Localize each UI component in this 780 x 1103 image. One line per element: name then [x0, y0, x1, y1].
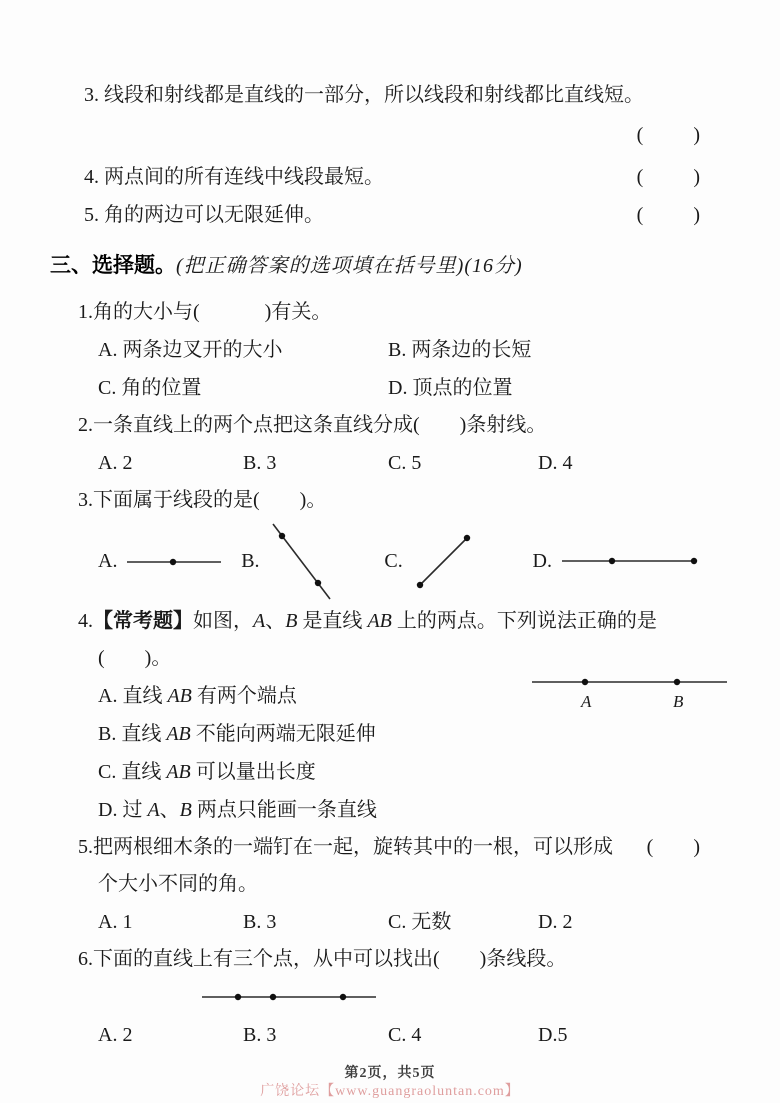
option-b: B. 两条边的长短	[388, 331, 531, 369]
point-a-label: A	[580, 692, 592, 711]
segment-figure	[411, 529, 475, 593]
exam-page: 3. 线段和射线都是直线的一部分，所以线段和射线都比直线短。 ( ) 4. 两点…	[0, 0, 780, 1103]
question-5-options: A. 1 B. 3 C. 无数 D. 2	[98, 903, 700, 941]
option-c: C. 5	[388, 444, 538, 482]
question-1-options-row-2: C. 角的位置 D. 顶点的位置	[98, 369, 700, 407]
option-b: B. 3	[243, 903, 388, 941]
option-c-label: C.	[384, 550, 402, 573]
option-b-label: B.	[241, 550, 259, 573]
option-b: B. 3	[243, 1016, 388, 1054]
question-6-options: A. 2 B. 3 C. 4 D.5	[98, 1016, 700, 1054]
judge-item-3: 3. 线段和射线都是直线的一部分，所以线段和射线都比直线短。	[84, 76, 700, 114]
question-5-text: 5.把两根细木条的一端钉在一起，旋转其中的一根，可以形成	[78, 829, 613, 866]
section-3-header: 三、选择题。(把正确答案的选项填在括号里)(16分)	[50, 246, 700, 286]
judge-item-5: 5. 角的两边可以无限延伸。 ( )	[84, 196, 700, 234]
point-b-label: B	[673, 692, 684, 711]
option-c: C. 角的位置	[98, 369, 388, 407]
question-5-stem-line-1: 5.把两根细木条的一端钉在一起，旋转其中的一根，可以形成 ( )	[78, 829, 700, 866]
figure-option-b: B.	[241, 520, 384, 602]
answer-bracket: ( )	[647, 829, 700, 866]
option-a: A. 2	[98, 1016, 243, 1054]
option-a: A. 1	[98, 903, 243, 941]
section-3-title: 三、选择题。	[50, 254, 176, 277]
judge-item-3-text: 3. 线段和射线都是直线的一部分，所以线段和射线都比直线短。	[84, 76, 644, 114]
answer-bracket: ( )	[637, 124, 700, 146]
judge-item-4: 4. 两点间的所有连线中线段最短。 ( )	[84, 158, 700, 196]
option-c: C. 直线 AB 可以量出长度	[98, 753, 700, 791]
question-3-figures: A. B. C.	[98, 519, 700, 603]
ray-figure	[560, 551, 700, 571]
question-5-stem-line-2: 个大小不同的角。	[98, 866, 700, 903]
answer-bracket: ( )	[637, 196, 700, 234]
judge-item-3-bracket-row: ( )	[50, 114, 700, 156]
figure-option-c: C.	[384, 529, 532, 593]
judge-item-4-text: 4. 两点间的所有连线中线段最短。	[84, 158, 384, 196]
figure-option-d: D.	[533, 550, 700, 573]
option-b: B. 3	[243, 444, 388, 482]
line-through-point-figure	[125, 551, 225, 571]
page-content: 3. 线段和射线都是直线的一部分，所以线段和射线都比直线短。 ( ) 4. 两点…	[0, 0, 780, 1054]
question-4-options: A. 直线 AB 有两个端点 B. 直线 AB 不能向两端无限延伸 C. 直线 …	[98, 677, 700, 829]
option-d: D. 4	[538, 444, 572, 482]
figure-option-a: A.	[98, 550, 241, 573]
question-3-stem: 3.下面属于线段的是( )。	[78, 482, 700, 519]
option-b: B. 直线 AB 不能向两端无限延伸	[98, 715, 700, 753]
option-a: A. 2	[98, 444, 243, 482]
question-1-stem: 1.角的大小与( )有关。	[78, 294, 700, 331]
option-a-label: A.	[98, 550, 117, 573]
question-6-stem: 6.下面的直线上有三个点，从中可以找出( )条线段。	[78, 941, 700, 978]
option-d-label: D.	[533, 550, 552, 573]
judge-item-5-text: 5. 角的两边可以无限延伸。	[84, 196, 324, 234]
option-d: D.5	[538, 1016, 567, 1054]
question-6-figure-wrap	[200, 978, 700, 1016]
section-3-note: (把正确答案的选项填在括号里)(16分)	[176, 255, 523, 277]
question-2-stem: 2.一条直线上的两个点把这条直线分成( )条射线。	[78, 407, 700, 444]
option-a: A. 两条边叉开的大小	[98, 331, 388, 369]
option-d: D. 顶点的位置	[388, 369, 512, 407]
option-c: C. 4	[388, 1016, 538, 1054]
diagonal-line-two-points-figure	[268, 520, 334, 602]
page-number: 第2页，共5页	[0, 1062, 780, 1082]
question-1-options-row-1: A. 两条边叉开的大小 B. 两条边的长短	[98, 331, 700, 369]
line-ab-figure: A B	[530, 669, 730, 715]
option-d: D. 过 A、B 两点只能画一条直线	[98, 791, 700, 829]
option-d: D. 2	[538, 903, 572, 941]
answer-bracket: ( )	[637, 158, 700, 196]
line-three-points-figure	[200, 988, 380, 1006]
option-c: C. 无数	[388, 903, 538, 941]
question-2-options: A. 2 B. 3 C. 5 D. 4	[98, 444, 700, 482]
question-4-stem: 4.【常考题】如图，A、B 是直线 AB 上的两点。下列说法正确的是	[78, 603, 700, 640]
watermark-text: 广饶论坛【www.guangraoluntan.com】	[0, 1080, 780, 1100]
